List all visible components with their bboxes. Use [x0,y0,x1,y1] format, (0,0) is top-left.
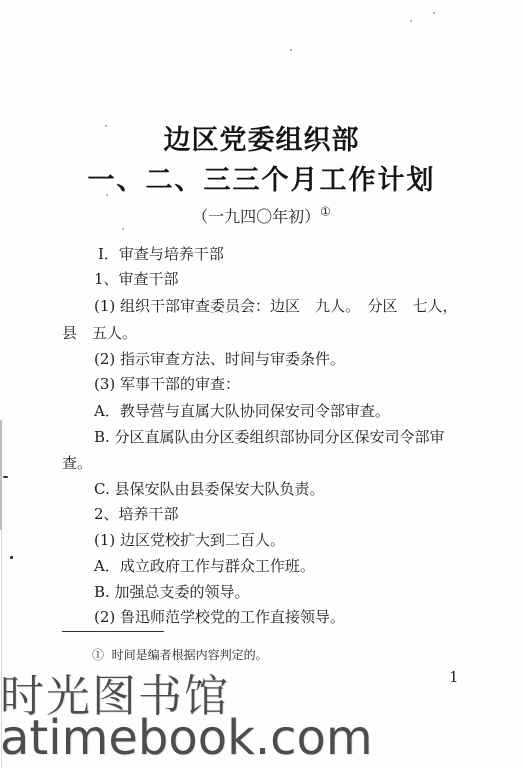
body-line: (1) 组织干部审查委员会：边区 九人。 分区 七人， [94,296,458,316]
scan-speck [410,20,412,22]
scan-speck [433,12,435,14]
body-line: C. 县保安队由县委保安大队负责。 [94,479,324,499]
scan-speck [122,228,124,230]
watermark-url: atimebook.com [0,710,373,766]
body-line: A．成立政府工作与群众工作班。 [94,556,315,576]
document-title: 边区党委组织部 [0,118,523,157]
page-number: 1 [449,668,459,686]
scan-speck [3,476,8,478]
body-line: 县 五人。 [62,323,137,343]
body-line: A．教导营与直属大队协同保安司令部审查。 [94,401,390,421]
date-text: （一九四〇年初） [192,207,320,226]
body-line: (2) 指示审查方法、时间与审委条件。 [94,349,345,369]
page-edge-shadow [0,420,2,530]
document-subtitle-heading: 一、二、三三个月工作计划 [0,158,523,197]
section-heading: Ⅰ．审查与培养干部 [98,244,224,264]
body-line: (3) 军事干部的审查： [94,374,240,394]
scanned-page: 边区党委组织部 一、二、三三个月工作计划 （一九四〇年初）① Ⅰ．审查与培养干部… [0,0,523,768]
body-line: 查。 [62,453,92,473]
body-line: B. 加强总支委的领导。 [94,582,250,602]
body-line: (2) 鲁迅师范学校党的工作直接领导。 [94,607,345,627]
footnote-divider [62,631,164,632]
date-line: （一九四〇年初）① [0,204,523,227]
scan-speck [10,556,13,559]
body-line: (1) 边区党校扩大到二百人。 [94,530,285,550]
footnote-marker: ① [320,205,331,219]
scan-speck [290,49,292,51]
body-line: B. 分区直属队由分区委组织部协同分区保安司令部审 [94,427,445,447]
subsection-heading: 2、培养干部 [94,504,179,524]
subsection-heading: 1、审查干部 [94,269,179,289]
